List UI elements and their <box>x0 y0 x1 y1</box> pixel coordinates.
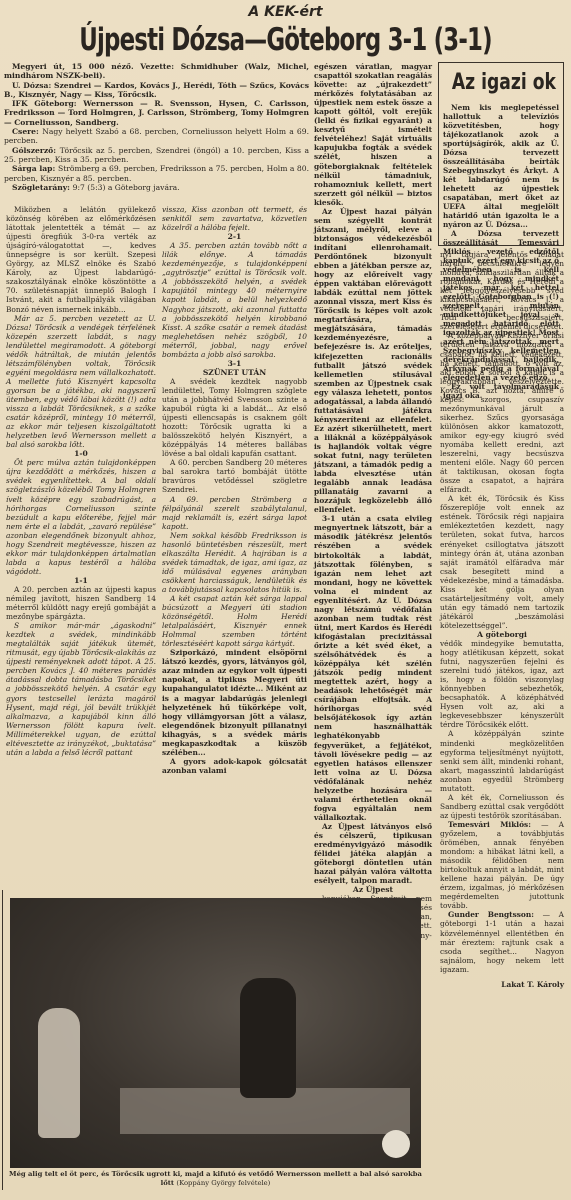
paragraph: Sziporkázó, mindent elsöpörni látszó kez… <box>162 648 307 757</box>
photo-caption: Még alig telt el öt perc, és Törőcsik ug… <box>8 1170 423 1187</box>
paragraph: A svédek kezdtek nagyobb lendülettel, To… <box>162 377 307 458</box>
venue-line: Megyeri út, 15 000 néző. Vezette: Schmid… <box>4 62 309 81</box>
quote-bengtsson: Gunder Bengtsson: — A göteborgi 1-1 után… <box>440 910 564 973</box>
paragraph: vissza, Kiss azonban ott termett, és sen… <box>162 205 307 232</box>
paragraph: védők mindegyike bemutatta, hogy atlétik… <box>440 639 564 729</box>
paragraph: A két csapat aztán két sárga lappal búcs… <box>162 594 307 648</box>
headline: Újpesti Dózsa—Göteborg 3-1 (3-1) <box>51 22 519 58</box>
article-column-3: egészen váratlan, magyar csapattól szoka… <box>314 62 432 940</box>
quote-temesvari: Temesvári Miklós: — A győzelem, a tovább… <box>440 820 564 910</box>
torocsik-player <box>240 978 296 1098</box>
paragraph: Miközben a lelátón gyülekező közönség kö… <box>6 205 156 314</box>
article-column-1: Miközben a lelátón gyülekező közönség kö… <box>6 205 156 757</box>
szoglet-line: Szögletarány: 9:7 (5:3) a Göteborg javár… <box>4 183 309 192</box>
section-subhead: SZÜNET UTÁN <box>162 368 307 377</box>
goteborg-player <box>38 1008 80 1138</box>
author-signature: Lakat T. Károly <box>440 980 564 989</box>
sidebar-title: Az igazi ok <box>452 70 550 95</box>
photo-credit: (Koppány György felvétele) <box>176 1179 270 1187</box>
paragraph: Az Újpest látványos első és célszerű, ti… <box>314 822 432 885</box>
paragraph: A középpályán Kisznyér óriási területen … <box>440 331 564 494</box>
sarga-line: Sárga lap: Strömberg a 69. percben, Fred… <box>4 164 309 183</box>
csere-line: Csere: Nagy helyett Szabó a 68. percben,… <box>4 127 309 146</box>
match-photo <box>10 898 421 1168</box>
score-subhead: 2-1 <box>162 232 307 241</box>
paragraph: Nem kis meglepetéssel hallottuk a televí… <box>443 103 559 229</box>
paragraph: A 69. percben Strömberg a félpályánál sz… <box>162 495 307 531</box>
match-info: Megyeri út, 15 000 néző. Vezette: Schmid… <box>4 62 309 192</box>
paragraph: Már az 5. percben vezetett az U. Dózsa! … <box>6 314 156 450</box>
goteborg-lineup: IFK Göteborg: Wernersson — R. Svensson, … <box>4 99 309 127</box>
section-subhead: Az Újpest <box>314 885 432 894</box>
article-column-4: nyi tagjára jelentős feladat hárult, bec… <box>440 250 564 989</box>
golszerzo-line: Gólszerző: Törőcsik az 5. percben, Szend… <box>4 146 309 165</box>
paragraph: 3-1 után a csata elvileg megnyertnek lát… <box>314 514 432 822</box>
paragraph: S amikor már-már „ágaskodni” kezdtek a s… <box>6 621 156 757</box>
paragraph: nyi tagjára jelentős feladat hárult, bec… <box>440 250 564 331</box>
paragraph: A gyors adok-kapok gólcsatát azonban val… <box>162 757 307 775</box>
paragraph: A 20. percben aztán az újpesti kapus ném… <box>6 585 156 621</box>
score-subhead: 3-1 <box>162 359 307 368</box>
paragraph: egészen váratlan, magyar csapattól szoka… <box>314 62 432 207</box>
article-column-2: vissza, Kiss azonban ott termett, és sen… <box>162 205 307 775</box>
score-subhead: 1-0 <box>6 449 156 458</box>
paragraph: A 60. percben Sandberg 20 méteres bal sa… <box>162 458 307 494</box>
paragraph: A 35. percben aztán tovább nőtt a lilák … <box>162 241 307 359</box>
paragraph: A középpályán szinte mindenki megközelít… <box>440 729 564 792</box>
udozsa-lineup: U. Dózsa: Szendrei — Kardos, Kovács J., … <box>4 81 309 100</box>
kicker: A KEK-ért <box>0 4 571 20</box>
score-subhead: 1-1 <box>6 576 156 585</box>
newspaper-page: A KEK-ért Újpesti Dózsa—Göteborg 3-1 (3-… <box>0 0 571 1200</box>
paragraph: Az Újpest hazai pályán sem szégyellt kon… <box>314 207 432 515</box>
paragraph: A két ék, Corneliusson és Sandberg ezútt… <box>440 793 564 820</box>
paragraph: A két ék, Törőcsik és Kiss főszereplője … <box>440 494 564 630</box>
paragraph: Nem sokkal később Fredriksson is hasonló… <box>162 531 307 594</box>
column-rule <box>2 890 3 1190</box>
paragraph: Öt perc múlva aztán tulajdonképpen újra … <box>6 458 156 576</box>
section-subhead: A göteborgi <box>440 630 564 639</box>
ball-icon <box>382 1130 410 1158</box>
